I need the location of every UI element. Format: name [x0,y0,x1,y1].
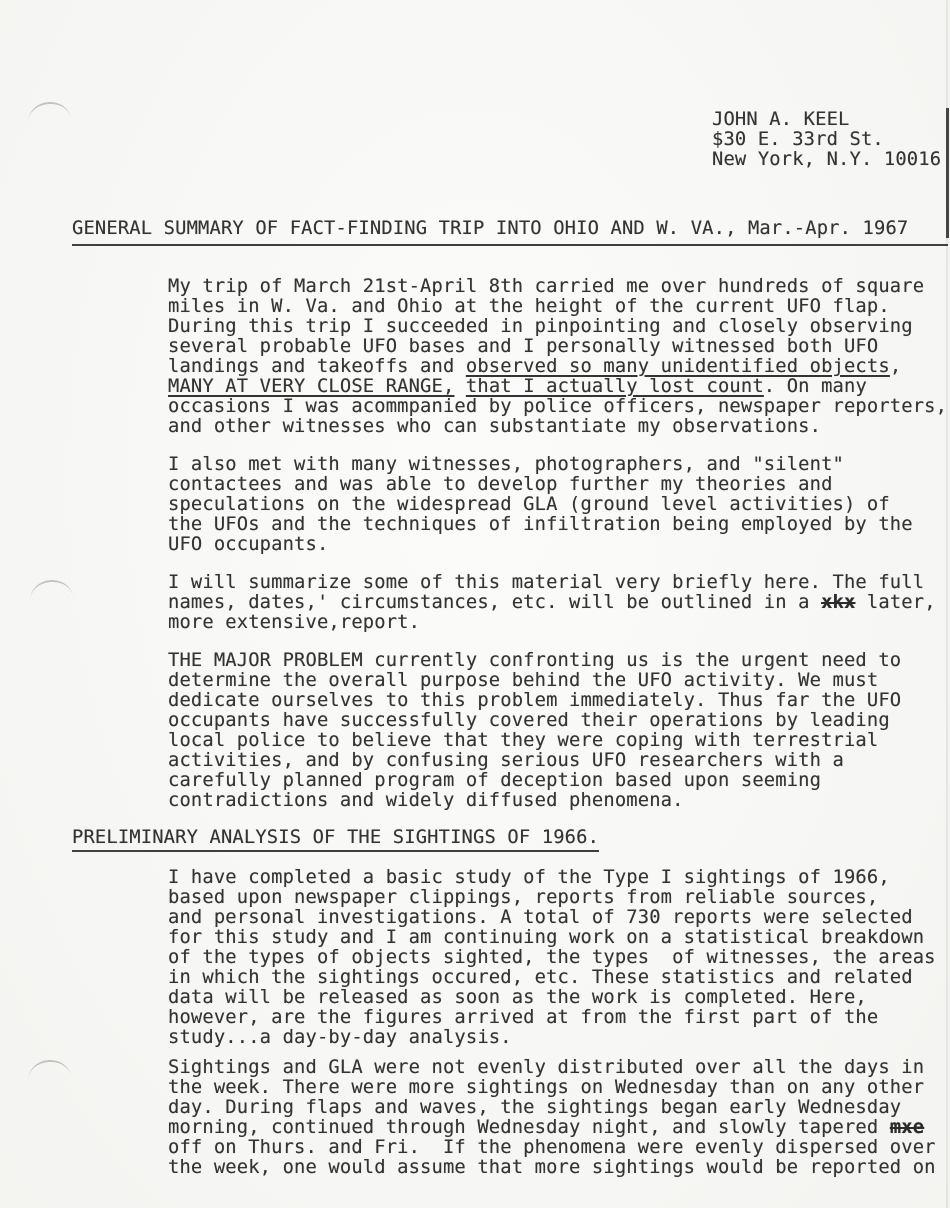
paragraph: Sightings and GLA were not evenly distri… [168,1058,940,1178]
text-line: I also met with many witnesses, photogra… [168,455,940,475]
text-segment: day. During flaps and waves, the sightin… [168,1097,901,1118]
body-section-2: I have completed a basic study of the Ty… [168,868,940,1188]
text-segment: the week, one would assume that more sig… [168,1157,936,1178]
text-segment: names, dates,' circumstances, etc. will … [168,592,821,613]
paragraph: My trip of March 21st-April 8th carried … [168,277,940,437]
underlined-phrase: observed so many unidentified objects [466,356,890,377]
text-segment: the week. There were more sightings on W… [168,1077,924,1098]
text-line: carefully planned program of deception b… [168,771,940,791]
text-segment: . On many [764,376,867,397]
text-segment: and other witnesses who can substantiate… [168,416,821,437]
paragraph: I also met with many witnesses, photogra… [168,455,940,555]
author-city: New York, N.Y. 10016 [712,150,941,170]
text-line: data will be released as soon as the wor… [168,988,940,1008]
text-segment: I will summarize some of this material v… [168,572,924,593]
text-line: for this study and I am continuing work … [168,928,940,948]
text-line: determine the overall purpose behind the… [168,671,940,691]
text-line: I will summarize some of this material v… [168,573,940,593]
struck-out-word: mxe [890,1117,924,1138]
text-line: UFO occupants. [168,535,940,555]
text-segment: THE MAJOR PROBLEM currently confronting … [168,650,901,671]
text-segment: off on Thurs. and Fri. If the phenomena … [168,1137,936,1158]
text-segment: more extensive,report. [168,612,420,633]
text-segment: activities, and by confusing serious UFO… [168,750,844,771]
text-segment: I have completed a basic study of the Ty… [168,867,890,888]
text-line: more extensive,report. [168,613,940,633]
text-segment: and personal investigations. A total of … [168,907,913,928]
text-segment: contactees and was able to develop furth… [168,474,833,495]
text-line: activities, and by confusing serious UFO… [168,751,940,771]
text-segment: of the types of objects sighted, the typ… [168,947,936,968]
text-line: day. During flaps and waves, the sightin… [168,1098,940,1118]
text-line: names, dates,' circumstances, etc. will … [168,593,940,613]
text-line: and other witnesses who can substantiate… [168,417,940,437]
text-segment: determine the overall purpose behind the… [168,670,878,691]
body-section-1: My trip of March 21st-April 8th carried … [168,277,940,811]
text-segment: the UFOs and the techniques of infiltrat… [168,514,913,535]
text-segment: for this study and I am continuing work … [168,927,924,948]
underlined-phrase: MANY AT VERY CLOSE RANGE, [168,376,454,397]
text-line: landings and takeoffs and observed so ma… [168,357,940,377]
struck-out-word: xkx [821,592,855,613]
text-segment: occupants have successfully covered thei… [168,710,890,731]
text-segment: miles in W. Va. and Ohio at the height o… [168,296,890,317]
text-segment: in which the sightings occured, etc. The… [168,967,913,988]
text-line: dedicate ourselves to this problem immed… [168,691,940,711]
text-segment: morning, continued through Wednesday nig… [168,1117,890,1138]
text-line: During this trip I succeeded in pinpoint… [168,317,940,337]
text-segment: , [890,356,901,377]
text-line: of the types of objects sighted, the typ… [168,948,940,968]
text-segment: dedicate ourselves to this problem immed… [168,690,901,711]
author-street: $30 E. 33rd St. [712,130,941,150]
author-name: JOHN A. KEEL [712,110,941,130]
text-line: the UFOs and the techniques of infiltrat… [168,515,940,535]
text-segment: several probable UFO bases and I persona… [168,336,878,357]
text-line: occupants have successfully covered thei… [168,711,940,731]
text-segment [454,376,465,397]
text-segment: carefully planned program of deception b… [168,770,821,791]
text-line: study...a day-by-day analysis. [168,1028,940,1048]
text-segment: I also met with many witnesses, photogra… [168,454,844,475]
text-segment: local police to believe that they were c… [168,730,878,751]
text-line: and personal investigations. A total of … [168,908,940,928]
text-line: the week, one would assume that more sig… [168,1158,940,1178]
text-line: off on Thurs. and Fri. If the phenomena … [168,1138,940,1158]
text-segment: My trip of March 21st-April 8th carried … [168,276,924,297]
author-address-block: JOHN A. KEEL $30 E. 33rd St. New York, N… [712,110,941,170]
text-line: local police to believe that they were c… [168,731,940,751]
section-heading-preliminary-analysis: PRELIMINARY ANALYSIS OF THE SIGHTINGS OF… [72,828,599,852]
document-title: GENERAL SUMMARY OF FACT-FINDING TRIP INT… [72,218,948,246]
text-segment: landings and takeoffs and [168,356,466,377]
text-segment: study...a day-by-day analysis. [168,1027,512,1048]
text-segment: based upon newspaper clippings, reports … [168,887,878,908]
text-line: occasions I was acommpanied by police of… [168,397,940,417]
text-line: contactees and was able to develop furth… [168,475,940,495]
text-segment: contradictions and widely diffused pheno… [168,790,684,811]
text-segment: however, are the figures arrived at from… [168,1007,878,1028]
text-line: however, are the figures arrived at from… [168,1008,940,1028]
text-line: speculations on the widespread GLA (grou… [168,495,940,515]
text-line: several probable UFO bases and I persona… [168,337,940,357]
text-line: MANY AT VERY CLOSE RANGE, that I actuall… [168,377,940,397]
text-segment: later, [855,592,935,613]
text-segment: Sightings and GLA were not evenly distri… [168,1057,924,1078]
text-line: miles in W. Va. and Ohio at the height o… [168,297,940,317]
text-segment: occasions I was acommpanied by police of… [168,396,947,417]
text-segment: During this trip I succeeded in pinpoint… [168,316,913,337]
text-line: morning, continued through Wednesday nig… [168,1118,940,1138]
text-segment: data will be released as soon as the wor… [168,987,867,1008]
text-line: contradictions and widely diffused pheno… [168,791,940,811]
text-segment: UFO occupants. [168,534,328,555]
text-line: the week. There were more sightings on W… [168,1078,940,1098]
text-line: based upon newspaper clippings, reports … [168,888,940,908]
text-line: in which the sightings occured, etc. The… [168,968,940,988]
paragraph: THE MAJOR PROBLEM currently confronting … [168,651,940,811]
text-segment: speculations on the widespread GLA (grou… [168,494,890,515]
paragraph: I will summarize some of this material v… [168,573,940,633]
text-line: Sightings and GLA were not evenly distri… [168,1058,940,1078]
text-line: I have completed a basic study of the Ty… [168,868,940,888]
text-line: THE MAJOR PROBLEM currently confronting … [168,651,940,671]
underlined-phrase: that I actually lost count [466,376,764,397]
paragraph: I have completed a basic study of the Ty… [168,868,940,1048]
text-line: My trip of March 21st-April 8th carried … [168,277,940,297]
